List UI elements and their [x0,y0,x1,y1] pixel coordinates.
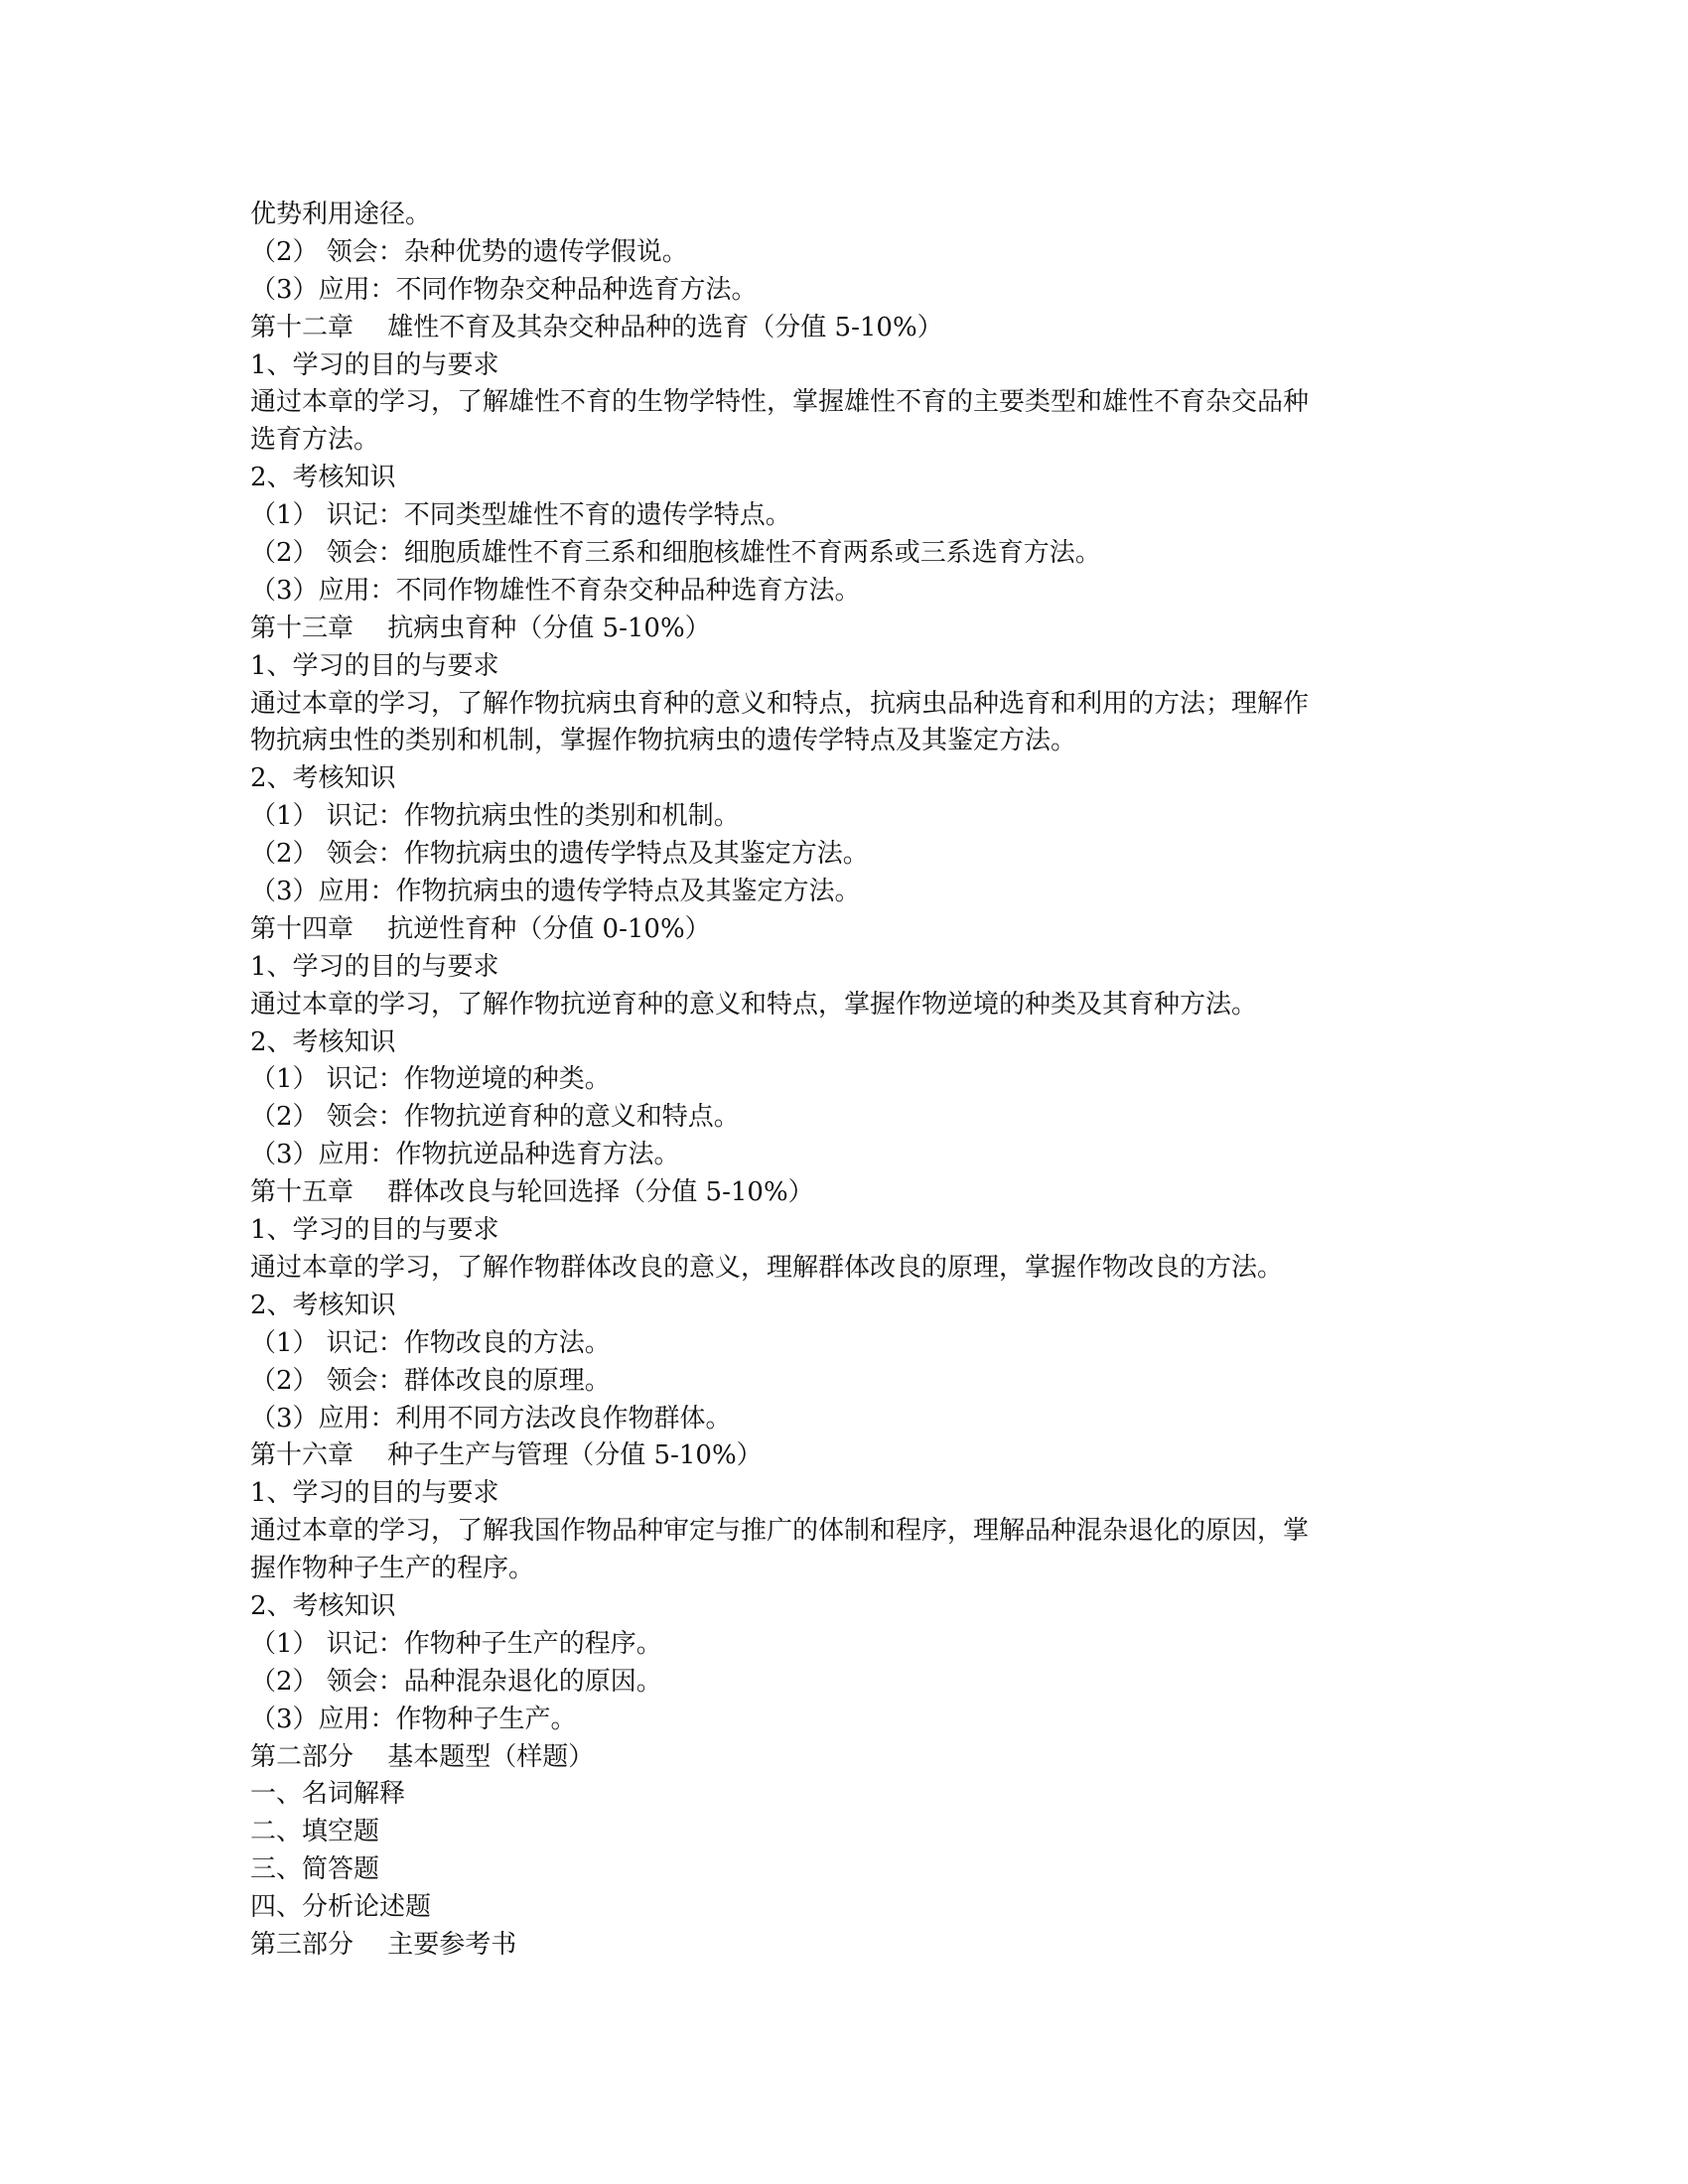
goal-text-line: 物抗病虫性的类别和机制，掌握作物抗病虫的遗传学特点及其鉴定方法。 [250,723,1432,760]
chapter-title: 第十四章 抗逆性育种（分值 0-10%） [250,911,1432,949]
intro-line: 优势利用途径。 [250,197,1432,234]
knowledge-item: （1） 识记：不同类型雄性不育的遗传学特点。 [250,497,1432,535]
knowledge-item: （2） 领会：细胞质雄性不育三系和细胞核雄性不育两系或三系选育方法。 [250,535,1432,573]
knowledge-item: （2） 领会：作物抗病虫的遗传学特点及其鉴定方法。 [250,836,1432,874]
goal-text-line: 通过本章的学习，了解作物群体改良的意义，理解群体改良的原理，掌握作物改良的方法。 [250,1250,1432,1288]
knowledge-item: （1） 识记：作物种子生产的程序。 [250,1626,1432,1664]
knowledge-heading: 2、考核知识 [250,1288,1432,1325]
knowledge-heading: 2、考核知识 [250,1024,1432,1062]
chapter-title: 第十三章 抗病虫育种（分值 5-10%） [250,611,1432,648]
intro-line: （3）应用：不同作物杂交种品种选育方法。 [250,272,1432,310]
chapter-16-section: 第十六章 种子生产与管理（分值 5-10%） 1、学习的目的与要求 通过本章的学… [250,1437,1432,1738]
goal-text-line: 通过本章的学习，了解我国作物品种审定与推广的体制和程序，理解品种混杂退化的原因，… [250,1513,1432,1551]
part-two-section: 第二部分 基本题型（样题） 一、名词解释 二、填空题 三、简答题 四、分析论述题 [250,1739,1432,1927]
goal-heading: 1、学习的目的与要求 [250,1475,1432,1513]
chapter-title: 第十六章 种子生产与管理（分值 5-10%） [250,1437,1432,1475]
knowledge-item: （1） 识记：作物改良的方法。 [250,1325,1432,1363]
chapter-14-section: 第十四章 抗逆性育种（分值 0-10%） 1、学习的目的与要求 通过本章的学习，… [250,911,1432,1174]
knowledge-item: （3）应用：利用不同方法改良作物群体。 [250,1401,1432,1438]
chapter-13-section: 第十三章 抗病虫育种（分值 5-10%） 1、学习的目的与要求 通过本章的学习，… [250,611,1432,911]
goal-heading: 1、学习的目的与要求 [250,648,1432,686]
goal-text-line: 选育方法。 [250,422,1432,460]
document-page: 优势利用途径。 （2） 领会：杂种优势的遗传学假说。 （3）应用：不同作物杂交种… [250,197,1432,1965]
knowledge-item: （1） 识记：作物抗病虫性的类别和机制。 [250,798,1432,836]
goal-heading: 1、学习的目的与要求 [250,949,1432,987]
part-title: 第三部分 主要参考书 [250,1927,1432,1965]
question-type-item: 三、简答题 [250,1851,1432,1889]
knowledge-item: （3）应用：不同作物雄性不育杂交种品种选育方法。 [250,573,1432,611]
question-type-item: 二、填空题 [250,1814,1432,1851]
knowledge-item: （3）应用：作物种子生产。 [250,1702,1432,1739]
knowledge-item: （2） 领会：品种混杂退化的原因。 [250,1664,1432,1702]
knowledge-heading: 2、考核知识 [250,460,1432,497]
knowledge-item: （2） 领会：作物抗逆育种的意义和特点。 [250,1099,1432,1137]
knowledge-item: （2） 领会：群体改良的原理。 [250,1363,1432,1401]
goal-heading: 1、学习的目的与要求 [250,347,1432,385]
goal-text-line: 握作物种子生产的程序。 [250,1551,1432,1588]
intro-section: 优势利用途径。 （2） 领会：杂种优势的遗传学假说。 （3）应用：不同作物杂交种… [250,197,1432,310]
part-three-section: 第三部分 主要参考书 [250,1927,1432,1965]
chapter-title: 第十五章 群体改良与轮回选择（分值 5-10%） [250,1174,1432,1212]
question-type-item: 四、分析论述题 [250,1889,1432,1927]
goal-text-line: 通过本章的学习，了解作物抗病虫育种的意义和特点，抗病虫品种选育和利用的方法；理解… [250,686,1432,724]
question-type-item: 一、名词解释 [250,1776,1432,1814]
knowledge-item: （3）应用：作物抗病虫的遗传学特点及其鉴定方法。 [250,874,1432,911]
goal-text-line: 通过本章的学习，了解作物抗逆育种的意义和特点，掌握作物逆境的种类及其育种方法。 [250,987,1432,1024]
chapter-12-section: 第十二章 雄性不育及其杂交种品种的选育（分值 5-10%） 1、学习的目的与要求… [250,310,1432,611]
chapter-title: 第十二章 雄性不育及其杂交种品种的选育（分值 5-10%） [250,310,1432,347]
knowledge-item: （1） 识记：作物逆境的种类。 [250,1061,1432,1099]
goal-heading: 1、学习的目的与要求 [250,1212,1432,1250]
part-title: 第二部分 基本题型（样题） [250,1739,1432,1777]
knowledge-item: （3）应用：作物抗逆品种选育方法。 [250,1137,1432,1174]
goal-text-line: 通过本章的学习，了解雄性不育的生物学特性，掌握雄性不育的主要类型和雄性不育杂交品… [250,384,1432,422]
knowledge-heading: 2、考核知识 [250,760,1432,798]
intro-line: （2） 领会：杂种优势的遗传学假说。 [250,234,1432,272]
knowledge-heading: 2、考核知识 [250,1588,1432,1626]
chapter-15-section: 第十五章 群体改良与轮回选择（分值 5-10%） 1、学习的目的与要求 通过本章… [250,1174,1432,1437]
